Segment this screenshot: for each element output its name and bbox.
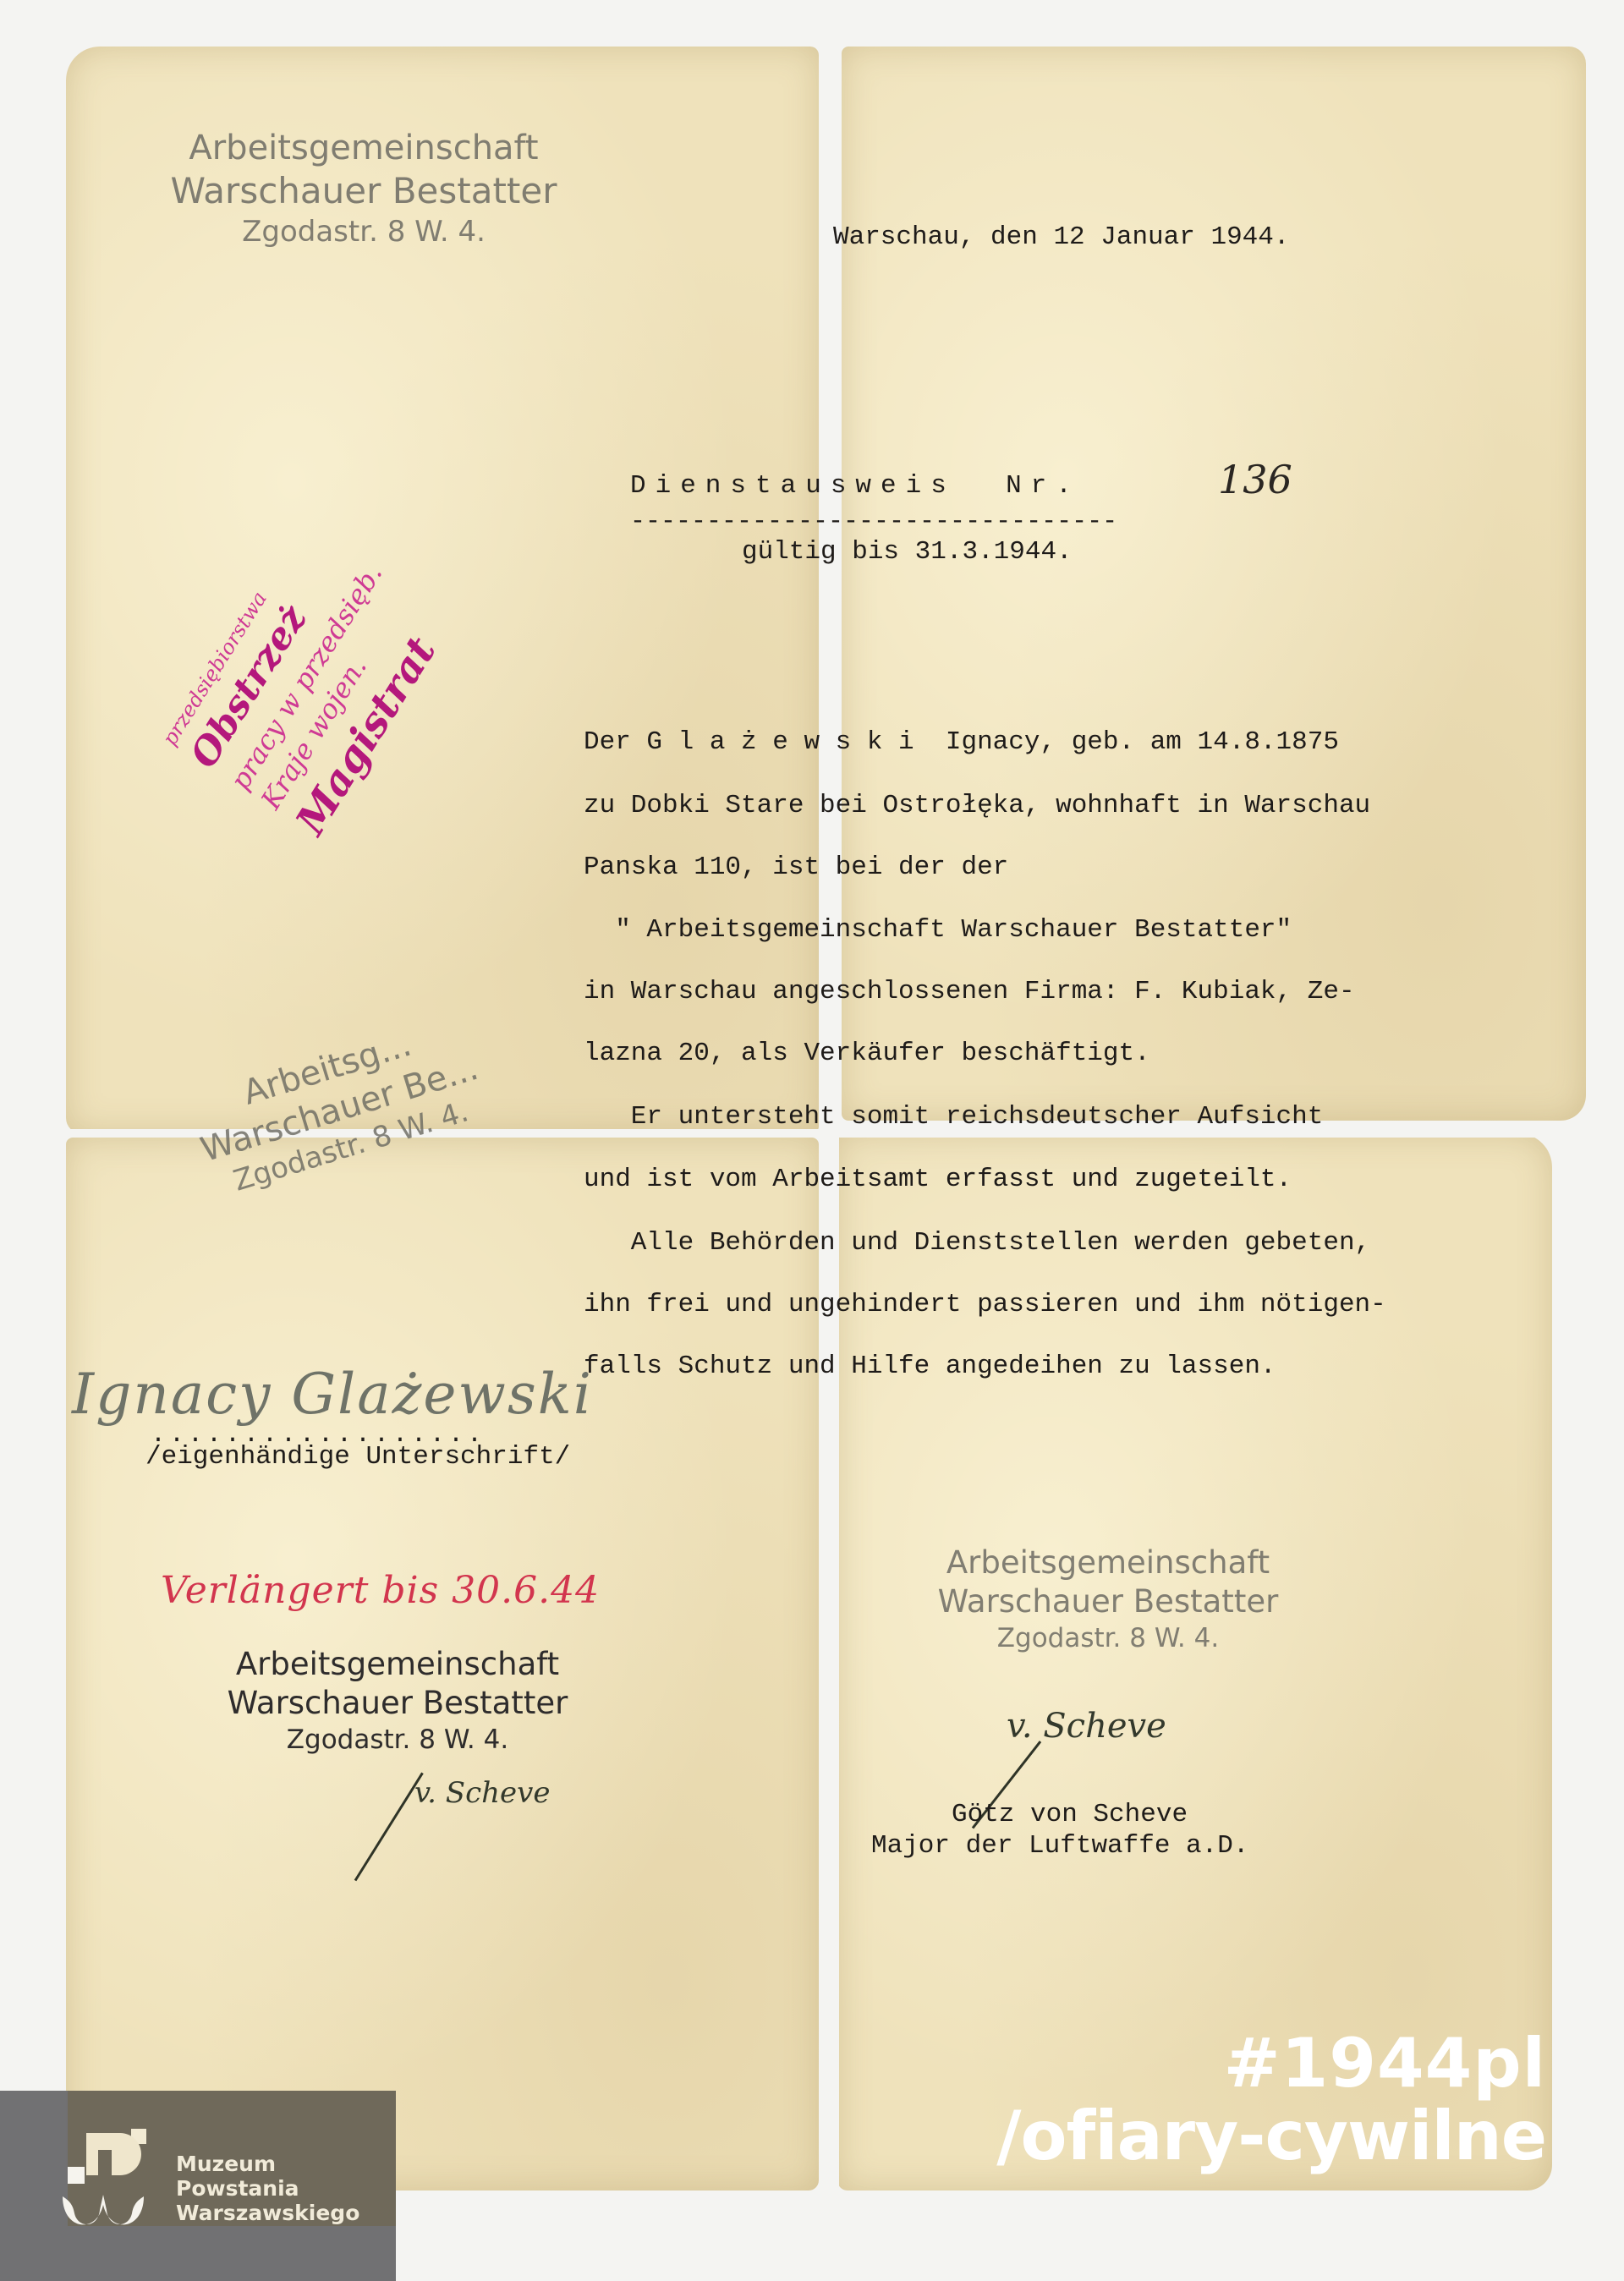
museum-name-line: Powstania <box>176 2176 359 2201</box>
body-line: falls Schutz und Hilfe angedeihen zu las… <box>584 1352 1276 1381</box>
body-line: und ist vom Arbeitsamt erfasst und zuget… <box>584 1165 1292 1194</box>
body-line: Er untersteht somit reichsdeutscher Aufs… <box>584 1102 1323 1132</box>
paper-quadrant-top-right <box>842 47 1586 1121</box>
body-line: Alle Behörden und Dienststellen werden g… <box>584 1228 1370 1258</box>
museum-name-line: Warszawskiego <box>176 2201 359 2225</box>
hashtag-watermark: #1944pl /ofiary-cywilne <box>996 2030 1546 2170</box>
document-number-label: Nr. <box>1006 471 1081 501</box>
signer-name: Götz von Scheve <box>952 1800 1188 1829</box>
document-number-handwritten: 136 <box>1218 457 1292 502</box>
initials-signature-left: v. Scheve <box>414 1776 550 1810</box>
body-line: Panska 110, ist bei der der <box>584 853 1008 882</box>
museum-name: Muzeum Powstania Warszawskiego <box>176 2152 359 2225</box>
body-line: zu Dobki Stare bei Ostrołęka, wohnhaft i… <box>584 791 1370 820</box>
hashtag-text: #1944pl <box>996 2030 1546 2097</box>
stamp-line-name: Warschauer Bestatter <box>880 1582 1336 1621</box>
extension-stamp: Arbeitsgemeinschaft Warschauer Bestatter… <box>178 1645 617 1756</box>
stamp-line-name: Warschauer Bestatter <box>152 169 575 214</box>
stamp-line-name: Warschauer Bestatter <box>178 1684 617 1723</box>
body-line: " Arbeitsgemeinschaft Warschauer Bestatt… <box>584 915 1292 945</box>
document-title-text: Dienstausweis <box>630 471 956 501</box>
kotwica-anchor-icon <box>51 2129 152 2239</box>
signature-caption: /eigenhändige Unterschrift/ <box>145 1442 570 1472</box>
document-title: Dienstausweis Nr. <box>630 471 1081 501</box>
holder-signature: Ignacy Glażewski <box>72 1362 593 1427</box>
title-underline: -------------------------------- <box>630 507 1117 536</box>
validity-line: gültig bis 31.3.1944. <box>742 537 1073 567</box>
issuer-stamp: Arbeitsgemeinschaft Warschauer Bestatter… <box>880 1544 1336 1654</box>
letterhead-stamp: Arbeitsgemeinschaft Warschauer Bestatter… <box>152 127 575 249</box>
body-line: ihn frei und ungehindert passieren und i… <box>584 1290 1386 1319</box>
museum-badge: Muzeum Powstania Warszawskiego <box>0 2091 396 2281</box>
collection-path-text: /ofiary-cywilne <box>996 2103 1546 2170</box>
signer-rank: Major der Luftwaffe a.D. <box>871 1831 1248 1861</box>
stamp-line-address: Zgodastr. 8 W. 4. <box>880 1622 1336 1655</box>
extension-note-red: Verlängert bis 30.6.44 <box>161 1569 600 1612</box>
stamp-line-address: Zgodastr. 8 W. 4. <box>178 1724 617 1757</box>
document-date: Warschau, den 12 Januar 1944. <box>833 222 1290 252</box>
issuer-signature: v. Scheve <box>1007 1707 1166 1746</box>
museum-name-line: Muzeum <box>176 2152 359 2176</box>
stamp-line-org: Arbeitsgemeinschaft <box>178 1645 617 1684</box>
stamp-line-org: Arbeitsgemeinschaft <box>880 1544 1336 1582</box>
stamp-line-org: Arbeitsgemeinschaft <box>152 127 575 169</box>
stamp-line-address: Zgodastr. 8 W. 4. <box>152 214 575 250</box>
body-line: Der G l a ż e w s k i Ignacy, geb. am 14… <box>584 727 1339 757</box>
body-line: lazna 20, als Verkäufer beschäftigt. <box>584 1039 1150 1068</box>
body-line: in Warschau angeschlossenen Firma: F. Ku… <box>584 977 1355 1006</box>
